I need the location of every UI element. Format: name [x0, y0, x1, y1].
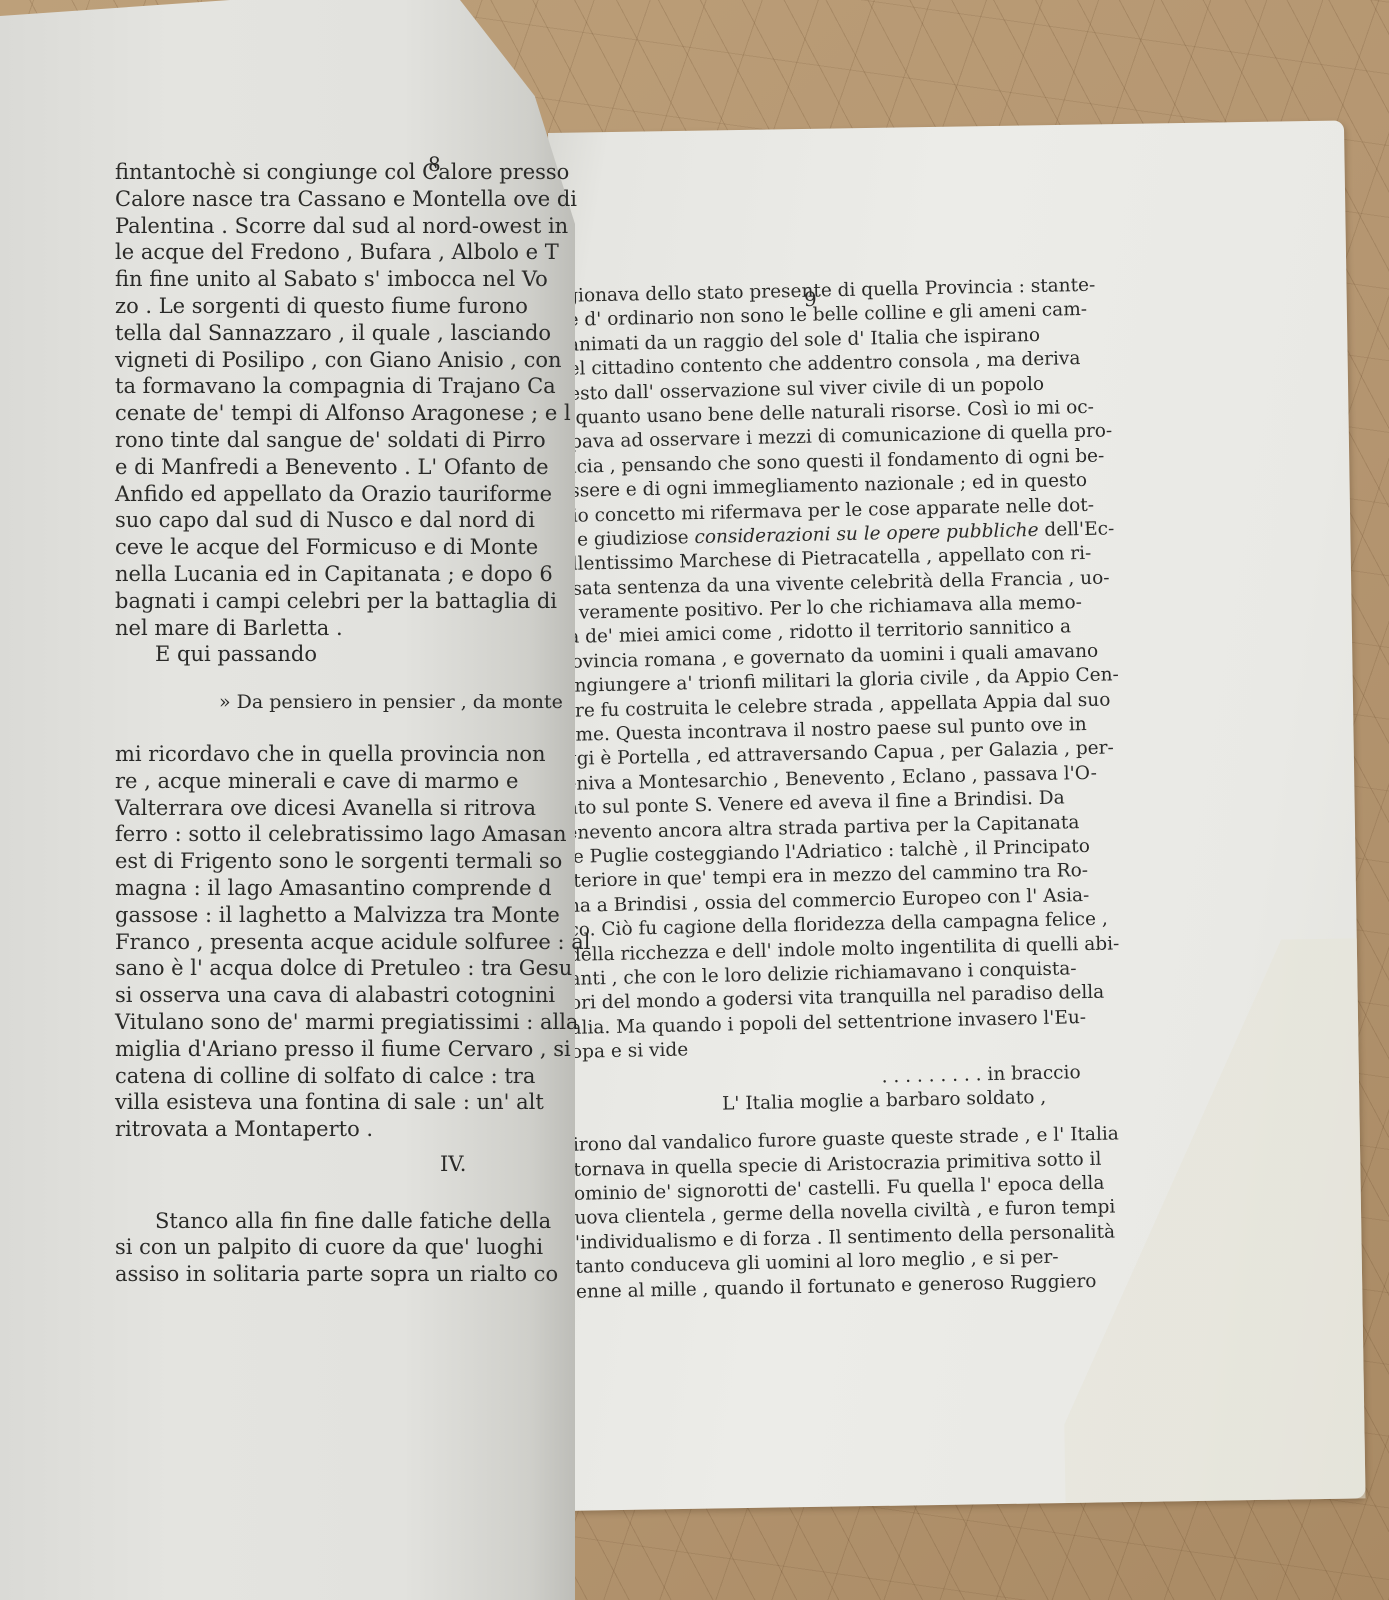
- text-line: cenate de' tempi di Alfonso Aragonese ; …: [115, 403, 555, 430]
- text-line: Valterrara ove dicesi Avanella si ritrov…: [115, 798, 555, 825]
- text-line: tella dal Sannazzaro , il quale , lascia…: [115, 323, 555, 350]
- text-line: miglia d'Ariano presso il fiume Cervaro …: [115, 1039, 555, 1066]
- quote-line: » Da pensiero in pensier , da monte: [115, 693, 555, 720]
- right-page-text: agionava dello stato presente di quella …: [555, 276, 1146, 1308]
- text-line: catena di colline di solfato di calce : …: [115, 1066, 555, 1093]
- text-line: fintantochè si congiunge col Calore pres…: [115, 162, 555, 189]
- text-line: assiso in solitaria parte sopra un rialt…: [115, 1264, 555, 1291]
- text-line: E qui passando: [115, 644, 555, 671]
- text-line: vigneti di Posilipo , con Giano Anisio ,…: [115, 350, 555, 377]
- text-line: zo . Le sorgenti di questo fiume furono: [115, 296, 555, 323]
- left-page-text: fintantochè si congiunge col Calore pres…: [115, 152, 555, 1291]
- text-line: si con un palpito di cuore da que' luogh…: [115, 1237, 555, 1264]
- text-line: e di Manfredi a Benevento . L' Ofanto de: [115, 457, 555, 484]
- text-line: nel mare di Barletta .: [115, 618, 555, 645]
- text-line: ritrovata a Montaperto .: [115, 1119, 555, 1146]
- text-line: mi ricordavo che in quella provincia non: [115, 744, 555, 771]
- text-line: si osserva una cava di alabastri cotogni…: [115, 985, 555, 1012]
- text-line: Stanco alla fin fine dalle fatiche della: [115, 1211, 555, 1238]
- text-line: ta formavano la compagnia di Trajano Ca: [115, 376, 555, 403]
- text-line: est di Frigento sono le sorgenti termali…: [115, 851, 555, 878]
- text-line: rono tinte dal sangue de' soldati di Pir…: [115, 430, 555, 457]
- text-line: villa esisteva una fontina di sale : un'…: [115, 1092, 555, 1119]
- text-line: magna : il lago Amasantino comprende d: [115, 878, 555, 905]
- text-line: Vitulano sono de' marmi pregiatissimi : …: [115, 1012, 555, 1039]
- text-line: Franco , presenta acque acidule solfuree…: [115, 932, 555, 959]
- text-line: Calore nasce tra Cassano e Montella ove …: [115, 189, 555, 216]
- text-line: Anfido ed appellato da Orazio tauriforme: [115, 484, 555, 511]
- text-line: fin fine unito al Sabato s' imbocca nel …: [115, 269, 555, 296]
- text-line: suo capo dal sud di Nusco e dal nord di: [115, 510, 555, 537]
- text-line: nella Lucania ed in Capitanata ; e dopo …: [115, 564, 555, 591]
- text-line: sano è l' acqua dolce di Pretuleo : tra …: [115, 958, 555, 985]
- text-line: re , acque minerali e cave di marmo e: [115, 771, 555, 798]
- text-line: ceve le acque del Formicuso e di Monte: [115, 537, 555, 564]
- text-line: le acque del Fredono , Bufara , Albolo e…: [115, 242, 555, 269]
- text-line: bagnati i campi celebri per la battaglia…: [115, 591, 555, 618]
- text-line: ferro : sotto il celebratissimo lago Ama…: [115, 824, 555, 851]
- text-line: gassose : il laghetto a Malvizza tra Mon…: [115, 905, 555, 932]
- text-line: Palentina . Scorre dal sud al nord-owest…: [115, 216, 555, 243]
- section-heading: IV.: [115, 1154, 555, 1181]
